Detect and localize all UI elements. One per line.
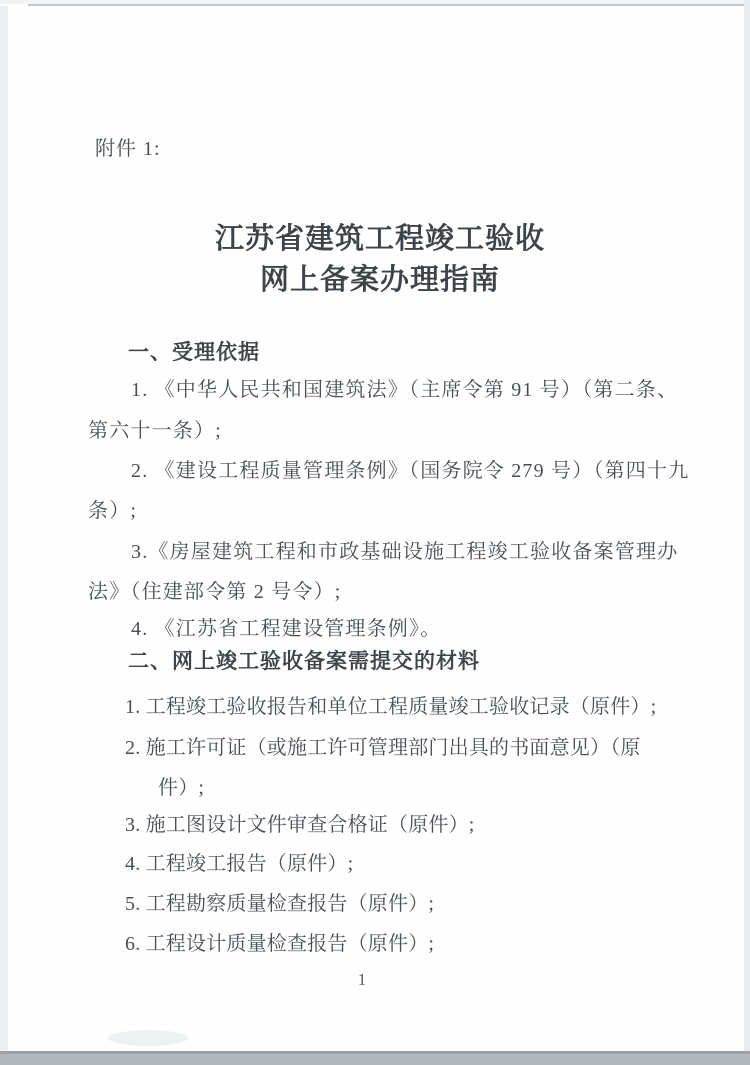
scanned-document-page: 附件 1: 江苏省建筑工程竣工验收 网上备案办理指南 一、受理依据 1. 《中华… (0, 0, 750, 1065)
scan-smudge (108, 1030, 188, 1046)
section-2-item-2-line-2: 件）; (158, 777, 204, 800)
section-2-item-3-line-1: 3. 施工图设计文件审查合格证（原件）; (125, 814, 475, 837)
document-title-line-1: 江苏省建筑工程竣工验收 (0, 216, 750, 257)
scan-edge-bottom-band (0, 1054, 750, 1065)
section-2-item-6-line-1: 6. 工程设计质量检查报告（原件）; (125, 933, 434, 956)
section-2-item-4-line-1: 4. 工程竣工报告（原件）; (125, 853, 353, 876)
section-1-item-3-line-1: 3.《房屋建筑工程和市政基础设施工程竣工验收备案管理办 (131, 541, 678, 564)
section-2-item-5-line-1: 5. 工程勘察质量检查报告（原件）; (125, 893, 434, 916)
document-title-line-2: 网上备案办理指南 (0, 257, 750, 298)
page-number: 1 (0, 970, 737, 990)
section-1-item-3-line-2: 法》（住建部令第 2 号令）; (88, 581, 342, 604)
section-1-item-2-line-2: 条）; (88, 500, 137, 523)
section-1-item-2-line-1: 2. 《建设工程质量管理条例》（国务院令 279 号）（第四十九 (131, 460, 689, 483)
section-2-heading: 二、网上竣工验收备案需提交的材料 (128, 650, 480, 674)
scan-edge-top-line (28, 4, 750, 6)
section-1-item-4-line-1: 4. 《江苏省工程建设管理条例》。 (131, 618, 441, 641)
scan-edge-left (0, 6, 8, 1056)
section-1-item-1-line-2: 第六十一条）; (88, 420, 222, 443)
section-1-heading: 一、受理依据 (128, 341, 260, 365)
section-2-item-1-line-1: 1. 工程竣工验收报告和单位工程质量竣工验收记录（原件）; (125, 696, 656, 719)
section-2-item-2-line-1: 2. 施工许可证（或施工许可管理部门出具的书面意见）（原 (125, 737, 641, 760)
attachment-label: 附件 1: (95, 138, 161, 161)
scan-edge-right (744, 0, 750, 1056)
section-1-item-1-line-1: 1. 《中华人民共和国建筑法》（主席令第 91 号）（第二条、 (131, 379, 678, 402)
